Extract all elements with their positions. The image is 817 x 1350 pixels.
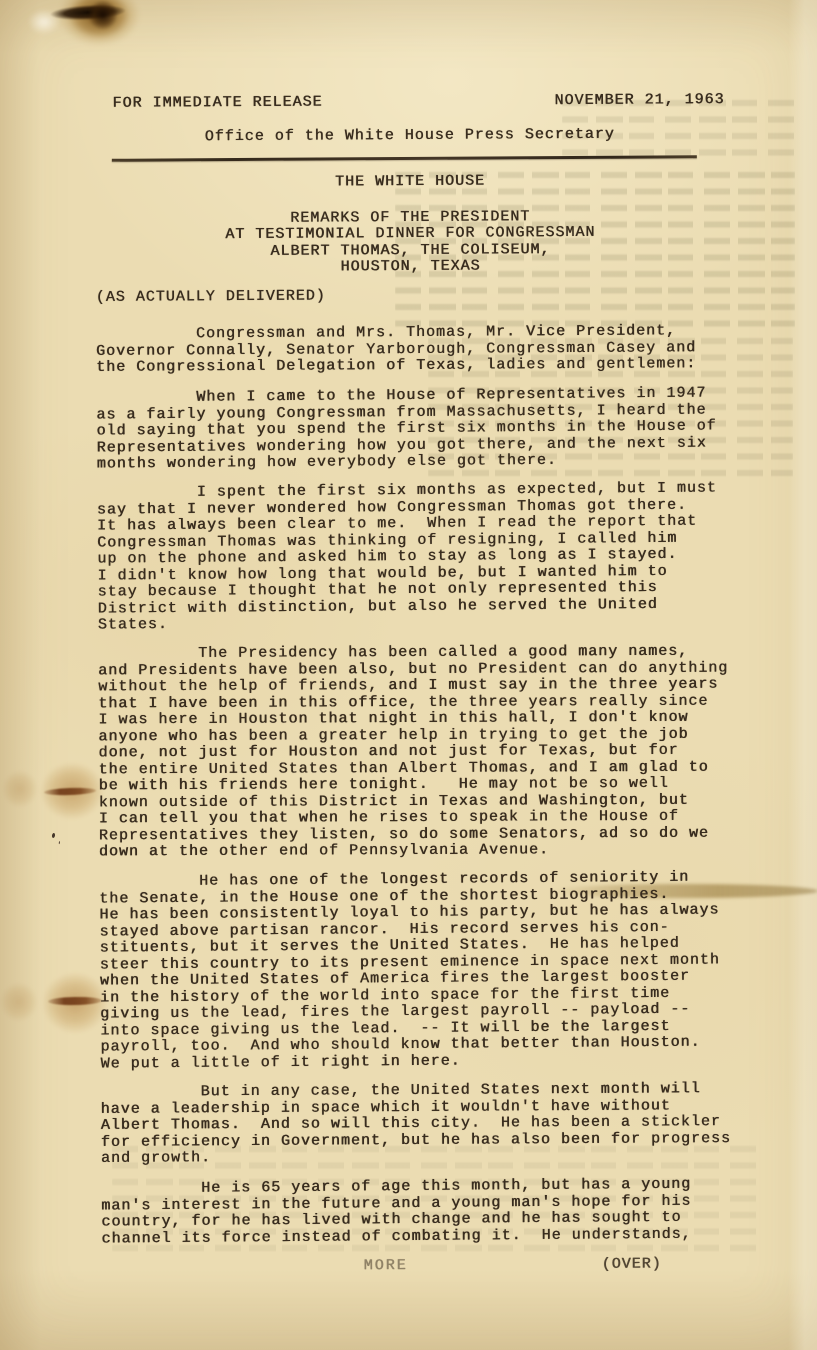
horizontal-rule [112,155,697,162]
release-date: NOVEMBER 21, 1963 [554,92,724,110]
office-line: Office of the White House Press Secretar… [95,126,725,146]
release-line: FOR IMMEDIATE RELEASE [112,95,322,113]
delivery-note: (AS ACTUALLY DELIVERED) [96,286,726,306]
more-marker: MORE [364,1258,408,1275]
page-footer: MORE (OVER) [102,1256,732,1278]
body-paragraph-1: Congressman and Mrs. Thomas, Mr. Vice Pr… [96,323,726,376]
document-title: REMARKS OF THE PRESIDENT AT TESTIMONIAL … [95,208,725,278]
release-header: FOR IMMEDIATE RELEASE NOVEMBER 21, 1963 [94,92,724,112]
body-text: Congressman and Mrs. Thomas, Mr. Vice Pr… [96,323,732,1246]
over-marker: (OVER) [602,1256,662,1273]
body-paragraph-4: The Presidency has been called a good ma… [98,643,729,860]
body-paragraph-6: But in any case, the United States next … [100,1081,730,1167]
body-paragraph-7: He is 65 years of age this month, but ha… [101,1176,732,1247]
body-paragraph-3: I spent the first six months as expected… [97,480,728,634]
body-paragraph-2: When I came to the House of Representati… [96,385,727,473]
organization-title: THE WHITE HOUSE [95,172,725,192]
body-paragraph-5: He has one of the longest records of sen… [99,869,731,1072]
typed-content: FOR IMMEDIATE RELEASE NOVEMBER 21, 1963 … [0,0,817,1350]
document-page: FOR IMMEDIATE RELEASE NOVEMBER 21, 1963 … [0,0,817,1350]
